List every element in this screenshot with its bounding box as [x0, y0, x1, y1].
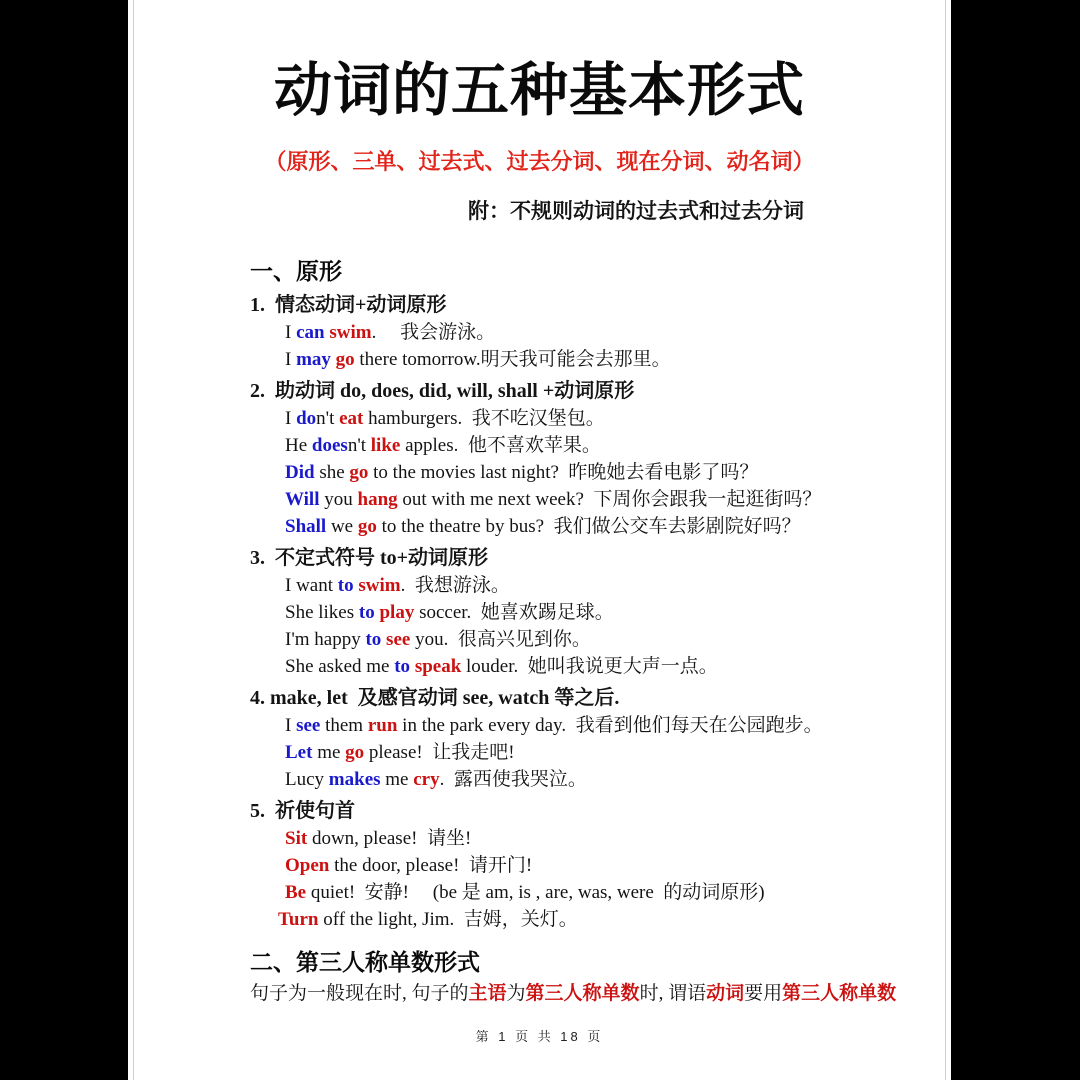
text-segment: 主语 — [469, 983, 507, 1004]
example-line: Will you hang out with me next week? 下周你… — [128, 486, 951, 513]
text-segment: I want — [285, 575, 338, 596]
example-line: Did she go to the movies last night? 昨晚她… — [128, 459, 951, 486]
example-line: I can swim. 我会游泳。 — [128, 319, 951, 346]
text-segment: Will — [285, 489, 320, 510]
text-segment: I — [285, 322, 296, 343]
item-heading: 2. 助动词 do, does, did, will, shall +动词原形 — [128, 378, 951, 405]
text-segment: you — [320, 489, 358, 510]
example-line: Sit down, please! 请坐! — [128, 825, 951, 852]
rule-line: 句子为一般现在时, 句子的主语为第三人称单数时, 谓语动词要用第三人称单数 — [128, 980, 951, 1007]
text-segment: Sit — [285, 828, 307, 849]
text-segment: quiet! 安静! (be 是 am, is , are, was, were… — [306, 882, 765, 903]
text-segment: Shall — [285, 516, 326, 537]
item-heading: 5. 祈使句首 — [128, 798, 951, 825]
text-segment: see — [386, 629, 410, 650]
appendix-note: 附：不规则动词的过去式和过去分词 — [128, 196, 951, 226]
text-segment: to the theatre by bus? 我们做公交车去影剧院好吗？ — [377, 516, 801, 537]
section-heading: 二、第三人称单数形式 — [128, 947, 951, 978]
page-footer: 第 1 页 共 18 页 — [128, 1026, 951, 1045]
text-segment: 2. 助动词 do, does, did, will, shall +动词原形 — [250, 380, 634, 402]
text-segment: may — [296, 349, 331, 370]
text-segment: . 我会游泳。 — [372, 322, 496, 343]
example-line: Lucy makes me cry. 露西使我哭泣。 — [128, 766, 951, 793]
example-line: I see them run in the park every day. 我看… — [128, 712, 951, 739]
text-segment: them — [320, 715, 368, 736]
example-line: I want to swim. 我想游泳。 — [128, 572, 951, 599]
example-line: Turn off the light, Jim. 吉姆，关灯。 — [128, 906, 951, 933]
text-segment: 句子为一般现在时, 句子的 — [250, 983, 469, 1004]
text-segment: Open — [285, 855, 329, 876]
text-segment: 动词 — [706, 983, 744, 1004]
text-segment: I — [285, 349, 296, 370]
example-line: Be quiet! 安静! (be 是 am, is , are, was, w… — [128, 879, 951, 906]
item-heading: 3. 不定式符号 to+动词原形 — [128, 545, 951, 572]
text-segment: do — [296, 408, 316, 429]
text-segment: please! 让我走吧! — [364, 742, 514, 763]
text-segment: Did — [285, 462, 315, 483]
page-subtitle: （原形、三单、过去式、过去分词、现在分词、动名词） — [128, 148, 951, 176]
text-segment: to — [394, 656, 410, 677]
page-title: 动词的五种基本形式 — [128, 58, 951, 124]
text-segment: go — [336, 349, 355, 370]
example-line: Open the door, please! 请开门! — [128, 852, 951, 879]
text-segment: 要用 — [744, 983, 782, 1004]
text-segment: Turn — [278, 909, 319, 930]
text-segment: Lucy — [285, 769, 329, 790]
text-segment: to the movies last night? 昨晚她去看电影了吗？ — [368, 462, 758, 483]
example-line: I don't eat hamburgers. 我不吃汉堡包。 — [128, 405, 951, 432]
text-segment: cry — [413, 769, 439, 790]
text-segment: go — [358, 516, 377, 537]
text-segment: there tomorrow.明天我可能会去那里。 — [355, 349, 671, 370]
text-segment: He — [285, 435, 312, 456]
text-segment: you. 很高兴见到你。 — [410, 629, 591, 650]
text-segment: 第三人称单数 — [526, 983, 640, 1004]
text-segment: She likes — [285, 602, 359, 623]
text-segment: makes — [329, 769, 381, 790]
text-segment: 一、原形 — [250, 258, 342, 284]
text-segment: like — [371, 435, 401, 456]
text-segment: apples. 他不喜欢苹果。 — [400, 435, 601, 456]
text-segment: n't — [348, 435, 371, 456]
example-line: I may go there tomorrow.明天我可能会去那里。 — [128, 346, 951, 373]
text-segment: off the light, Jim. 吉姆，关灯。 — [319, 909, 578, 930]
text-segment: see — [296, 715, 320, 736]
text-segment: me — [312, 742, 345, 763]
text-segment: 时, 谓语 — [640, 983, 707, 1004]
text-segment: to — [338, 575, 354, 596]
text-segment: run — [368, 715, 398, 736]
text-segment: . 露西使我哭泣。 — [440, 769, 587, 790]
text-segment: n't — [316, 408, 339, 429]
text-segment: She asked me — [285, 656, 394, 677]
text-segment: I — [285, 408, 296, 429]
text-segment: Be — [285, 882, 306, 903]
section-heading: 一、原形 — [128, 256, 951, 287]
text-segment: 第三人称单数 — [782, 983, 896, 1004]
text-segment: 4. make, let 及感官动词 see, watch 等之后. — [250, 687, 619, 709]
text-segment: we — [326, 516, 358, 537]
text-segment: go — [345, 742, 364, 763]
text-segment: hamburgers. 我不吃汉堡包。 — [363, 408, 604, 429]
example-line: Shall we go to the theatre by bus? 我们做公交… — [128, 513, 951, 540]
text-segment: does — [312, 435, 348, 456]
example-line: He doesn't like apples. 他不喜欢苹果。 — [128, 432, 951, 459]
document-body: 一、原形1. 情态动词+动词原形I can swim. 我会游泳。I may g… — [128, 256, 951, 1007]
document-page: 动词的五种基本形式 （原形、三单、过去式、过去分词、现在分词、动名词） 附：不规… — [128, 0, 951, 1080]
text-segment: soccer. 她喜欢踢足球。 — [414, 602, 613, 623]
item-heading: 1. 情态动词+动词原形 — [128, 292, 951, 319]
text-segment: Let — [285, 742, 312, 763]
text-segment: she — [315, 462, 350, 483]
text-segment: swim — [358, 575, 400, 596]
text-segment: the door, please! 请开门! — [329, 855, 532, 876]
text-segment: in the park every day. 我看到他们每天在公园跑步。 — [397, 715, 822, 736]
text-segment: 二、第三人称单数形式 — [250, 949, 480, 975]
text-segment: I'm happy — [285, 629, 365, 650]
text-segment: louder. 她叫我说更大声一点。 — [461, 656, 718, 677]
text-segment: 1. 情态动词+动词原形 — [250, 294, 446, 316]
text-segment: hang — [358, 489, 398, 510]
example-line: I'm happy to see you. 很高兴见到你。 — [128, 626, 951, 653]
text-segment: I — [285, 715, 296, 736]
text-segment: to — [359, 602, 375, 623]
text-segment: 3. 不定式符号 to+动词原形 — [250, 547, 488, 569]
text-segment: swim — [329, 322, 371, 343]
text-segment: go — [349, 462, 368, 483]
text-segment: down, please! 请坐! — [307, 828, 471, 849]
example-line: She likes to play soccer. 她喜欢踢足球。 — [128, 599, 951, 626]
text-segment: speak — [415, 656, 461, 677]
text-segment: eat — [339, 408, 363, 429]
text-segment: . 我想游泳。 — [401, 575, 510, 596]
text-segment: me — [381, 769, 414, 790]
text-segment: 5. 祈使句首 — [250, 800, 355, 822]
text-segment: play — [379, 602, 414, 623]
item-heading: 4. make, let 及感官动词 see, watch 等之后. — [128, 685, 951, 712]
text-segment: to — [365, 629, 381, 650]
text-segment: 为 — [507, 983, 526, 1004]
text-segment: out with me next week? 下周你会跟我一起逛街吗？ — [398, 489, 822, 510]
text-segment: can — [296, 322, 325, 343]
example-line: She asked me to speak louder. 她叫我说更大声一点。 — [128, 653, 951, 680]
example-line: Let me go please! 让我走吧! — [128, 739, 951, 766]
